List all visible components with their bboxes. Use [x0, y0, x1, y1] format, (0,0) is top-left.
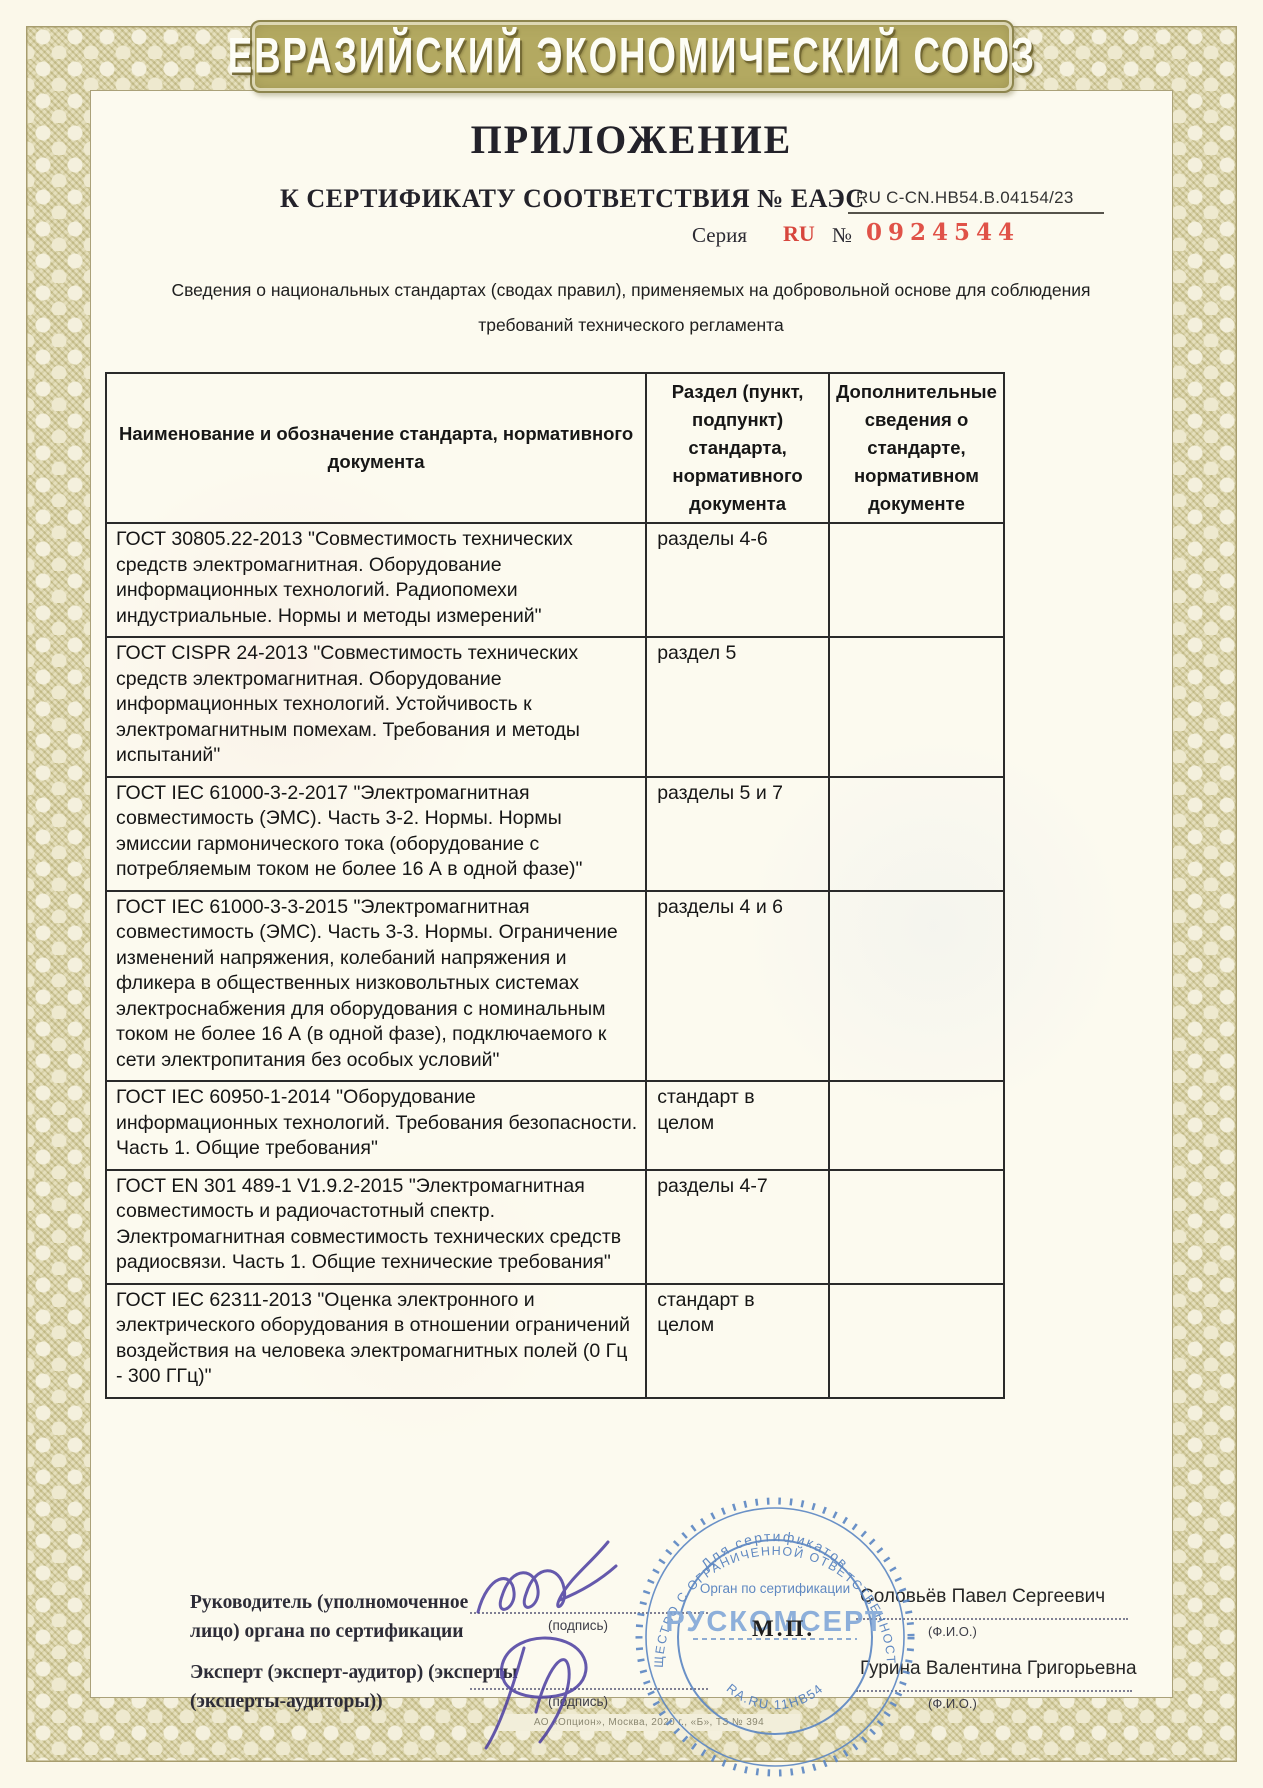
stamp-registration-number: RA.RU.11НВ54: [724, 1680, 827, 1712]
series-value: RU: [783, 221, 815, 247]
table-row: ГОСТ IEC 62311-2013 "Оценка электронного…: [106, 1284, 1004, 1398]
expert-signature-ink: [486, 1638, 586, 1748]
table-row: ГОСТ IEC 61000-3-2-2017 "Электромагнитна…: [106, 777, 1004, 891]
certificate-subtitle: К СЕРТИФИКАТУ СООТВЕТСТВИЯ № ЕАЭС: [280, 184, 865, 214]
expert-fio-caption: (Ф.И.О.): [928, 1696, 977, 1711]
standard-name-cell: ГОСТ IEC 60950-1-2014 "Оборудование инфо…: [106, 1081, 646, 1170]
intro-line-2: требований технического регламента: [85, 308, 1177, 343]
head-fio-caption: (Ф.И.О.): [928, 1624, 977, 1639]
table-row: ГОСТ IEC 61000-3-3-2015 "Электромагнитна…: [106, 891, 1004, 1082]
blank-number: 0924544: [866, 219, 1020, 246]
eaeu-banner-title: ЕВРАЗИЙСКИЙ ЭКОНОМИЧЕСКИЙ СОЮЗ: [228, 28, 1036, 84]
additional-info-cell: [829, 1081, 1004, 1170]
table-row: ГОСТ EN 301 489-1 V1.9.2-2015 "Электрома…: [106, 1170, 1004, 1284]
svg-text:RA.RU.11НВ54: RA.RU.11НВ54: [724, 1680, 827, 1712]
certificate-appendix-page: ЕВРАЗИЙСКИЙ ЭКОНОМИЧЕСКИЙ СОЮЗ ПРИЛОЖЕНИ…: [0, 0, 1263, 1788]
col-header-section: Раздел (пункт, подпункт) стандарта, норм…: [646, 373, 829, 523]
standard-name-cell: ГОСТ IEC 62311-2013 "Оценка электронного…: [106, 1284, 646, 1398]
series-label: Серия: [692, 223, 747, 248]
intro-text: Сведения о национальных стандартах (свод…: [85, 273, 1177, 343]
standard-name-cell: ГОСТ 30805.22-2013 "Совместимость технич…: [106, 523, 646, 637]
certificate-number-underline: [848, 212, 1104, 214]
table-row: ГОСТ 30805.22-2013 "Совместимость технич…: [106, 523, 1004, 637]
section-cell: разделы 4-6: [646, 523, 829, 637]
table-header-row: Наименование и обозначение стандарта, но…: [106, 373, 1004, 523]
section-cell: разделы 4 и 6: [646, 891, 829, 1082]
intro-line-1: Сведения о национальных стандартах (свод…: [85, 273, 1177, 308]
standard-name-cell: ГОСТ IEC 61000-3-2-2017 "Электромагнитна…: [106, 777, 646, 891]
col-header-standard-name: Наименование и обозначение стандарта, но…: [106, 373, 646, 523]
eaeu-banner: ЕВРАЗИЙСКИЙ ЭКОНОМИЧЕСКИЙ СОЮЗ: [250, 20, 1014, 93]
table-row: ГОСТ CISPR 24-2013 "Совместимость технич…: [106, 637, 1004, 777]
additional-info-cell: [829, 523, 1004, 637]
standards-table: Наименование и обозначение стандарта, но…: [105, 372, 1005, 1399]
section-cell: стандарт в целом: [646, 1081, 829, 1170]
blank-number-sign: №: [832, 223, 852, 248]
certificate-number: RU C-CN.HB54.B.04154/23: [856, 188, 1074, 208]
standard-name-cell: ГОСТ CISPR 24-2013 "Совместимость технич…: [106, 637, 646, 777]
section-cell: стандарт в целом: [646, 1284, 829, 1398]
additional-info-cell: [829, 891, 1004, 1082]
section-cell: разделы 4-7: [646, 1170, 829, 1284]
stamp-org-caption: Орган по сертификации: [700, 1581, 850, 1596]
additional-info-cell: [829, 1284, 1004, 1398]
table-row: ГОСТ IEC 60950-1-2014 "Оборудование инфо…: [106, 1081, 1004, 1170]
section-cell: раздел 5: [646, 637, 829, 777]
additional-info-cell: [829, 1170, 1004, 1284]
additional-info-cell: [829, 637, 1004, 777]
standard-name-cell: ГОСТ EN 301 489-1 V1.9.2-2015 "Электрома…: [106, 1170, 646, 1284]
standards-table-body: ГОСТ 30805.22-2013 "Совместимость технич…: [106, 523, 1004, 1398]
section-cell: разделы 5 и 7: [646, 777, 829, 891]
stamp-place-label: М.П.: [752, 1616, 815, 1642]
page-title: ПРИЛОЖЕНИЕ: [0, 116, 1263, 163]
additional-info-cell: [829, 777, 1004, 891]
col-header-additional-info: Дополнительные сведения о стандарте, нор…: [829, 373, 1004, 523]
head-signature-ink: [478, 1542, 616, 1612]
standard-name-cell: ГОСТ IEC 61000-3-3-2015 "Электромагнитна…: [106, 891, 646, 1082]
